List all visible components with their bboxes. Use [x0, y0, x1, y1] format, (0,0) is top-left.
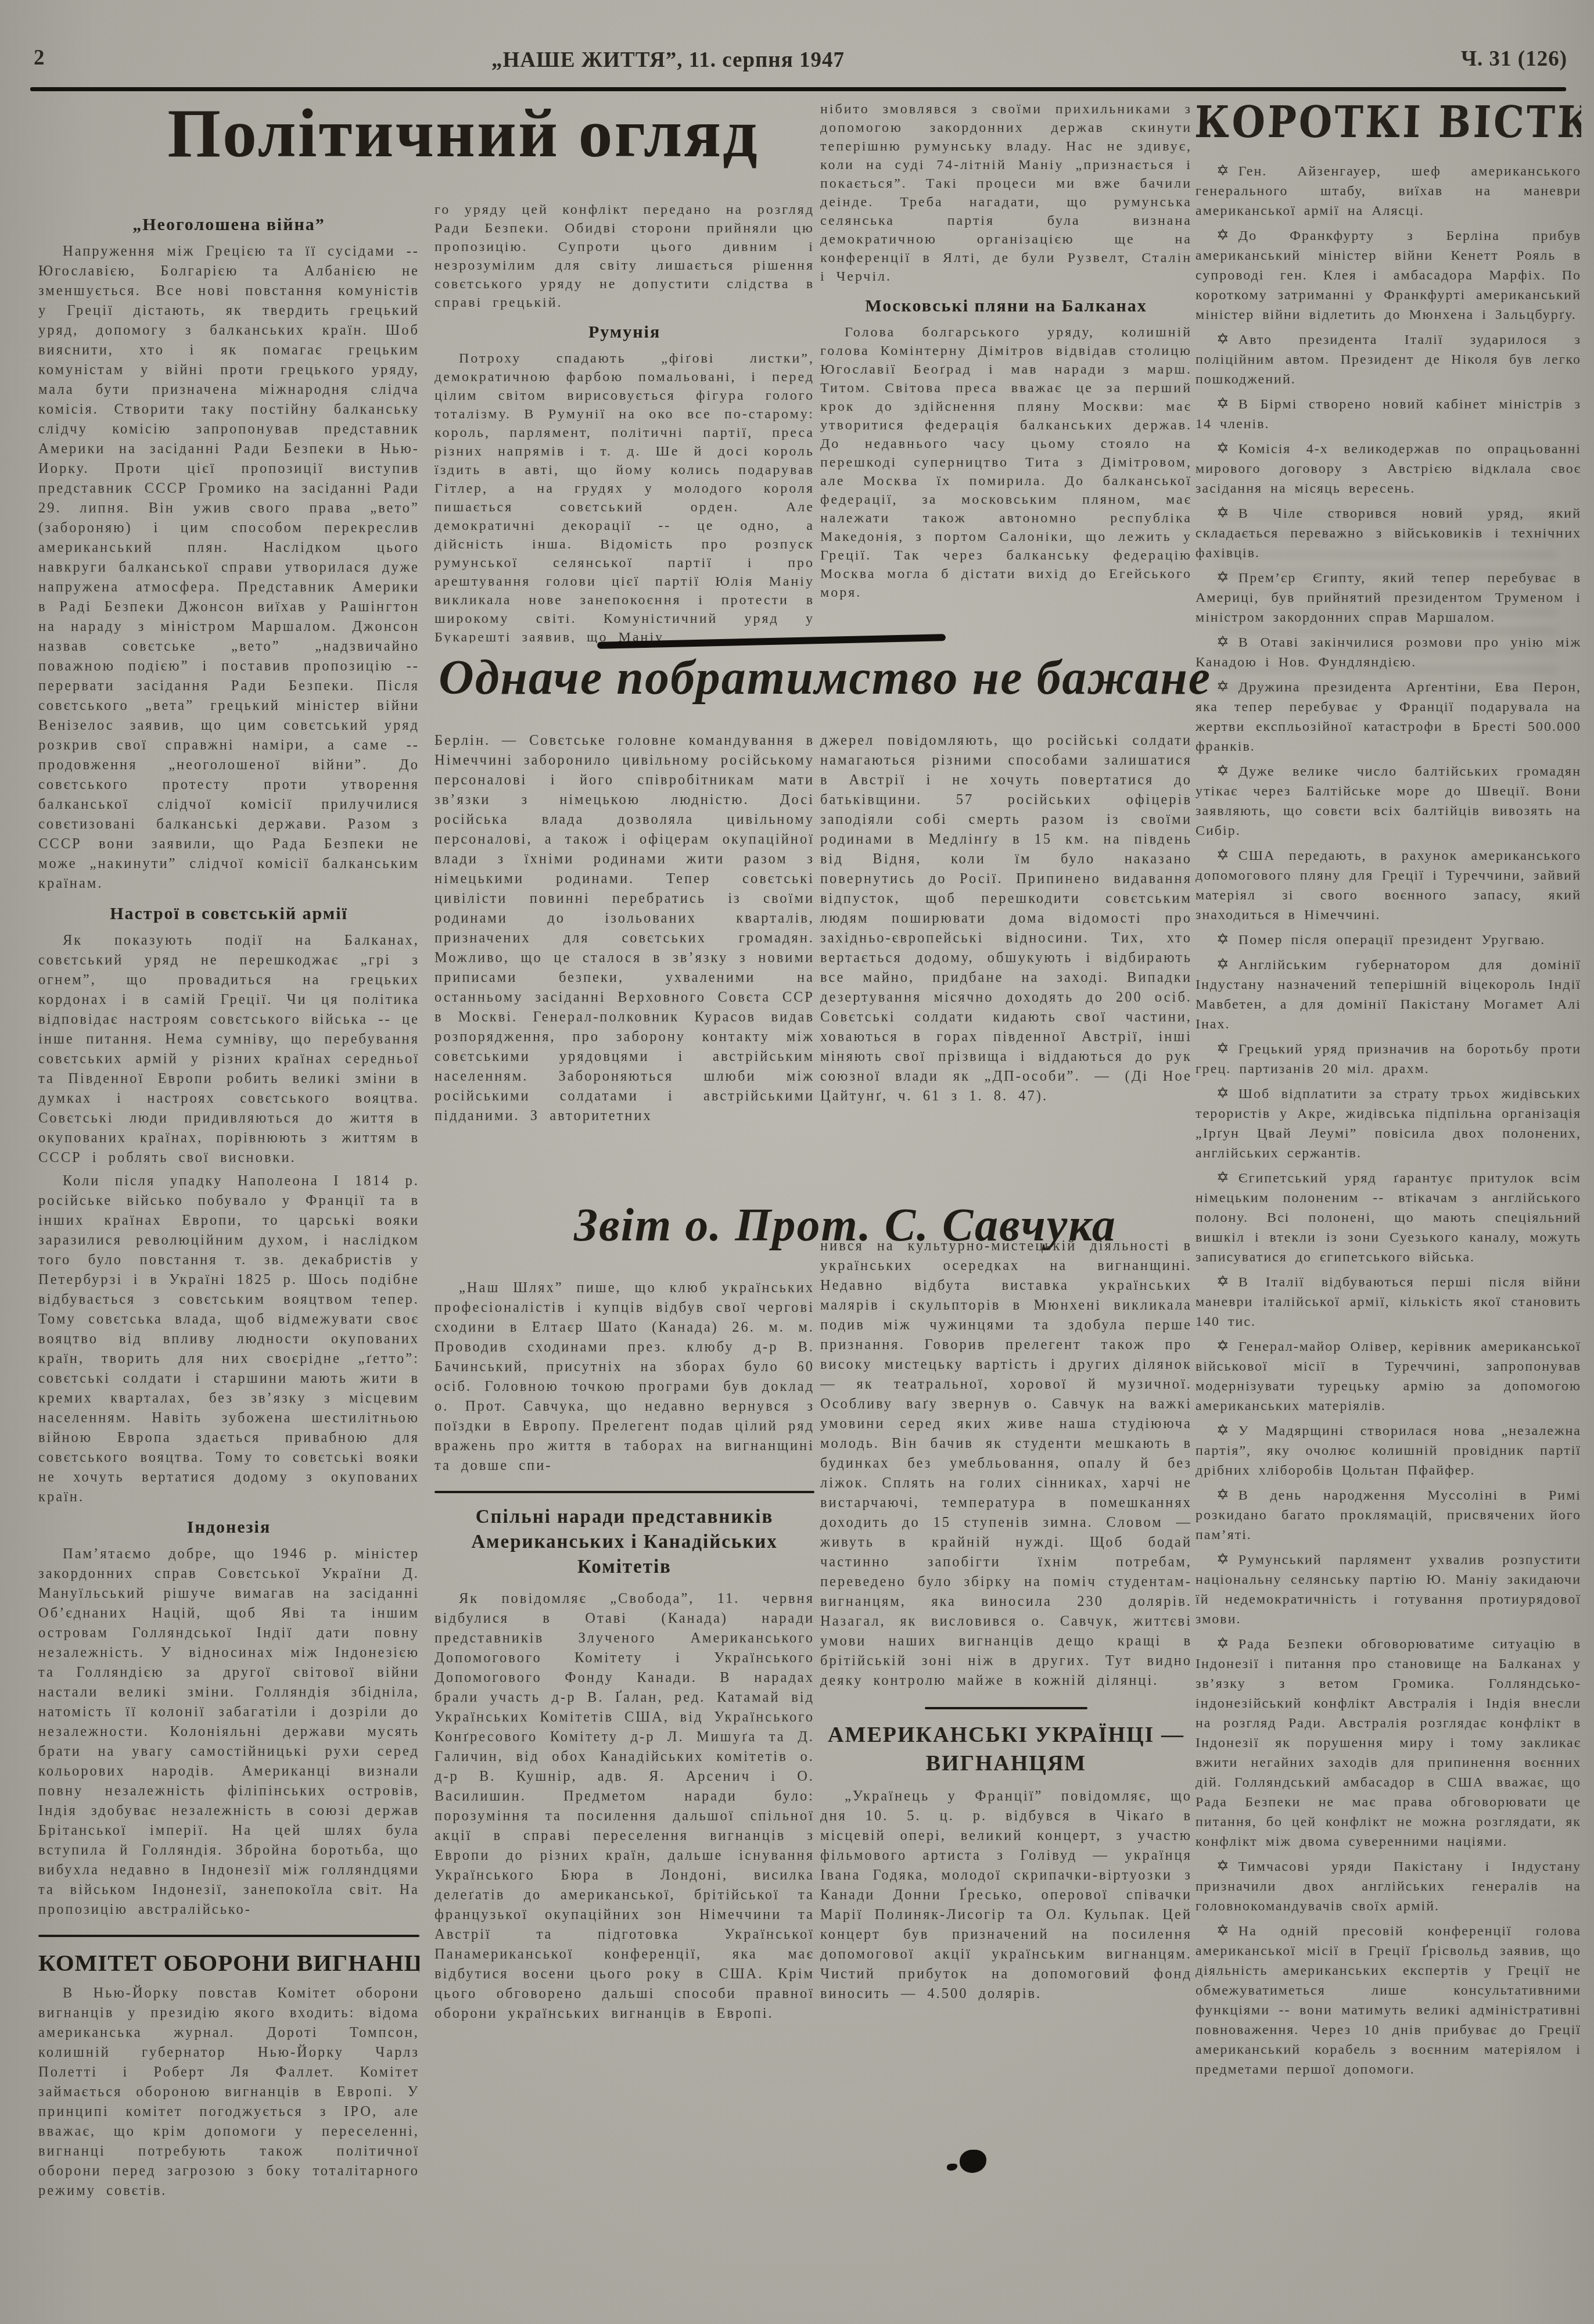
news-item: ✡Комісія 4-х великодержав по опрацьованн… [1195, 439, 1581, 498]
news-item: ✡Шоб відплатити за страту трьох жидівськ… [1195, 1084, 1581, 1163]
star-bullet-icon: ✡ [1216, 1040, 1230, 1057]
news-item: ✡В Бірмі створено новий кабінет міністрі… [1195, 394, 1581, 434]
zvit-column-left: „Наш Шлях” пише, що клюб українських про… [435, 1278, 814, 2298]
komitet-article-title: КОМІТЕТ ОБОРОНИ ВИГНАНЦІВ [38, 1949, 419, 1977]
news-item-text: Авто президента Італії зударилося з полі… [1195, 332, 1581, 387]
article-paragraph: В Нью-Йорку повстав Комітет оборони вигн… [38, 1984, 419, 2201]
star-bullet-icon: ✡ [1216, 1085, 1230, 1102]
subhead-romania: Румунія [435, 322, 814, 342]
article-paragraph: Як повідомляє „Свобода”, 11. червня відб… [435, 1589, 814, 2024]
article-paragraph: Потроху спадають „фіґові листки”, демокр… [435, 349, 814, 643]
star-bullet-icon: ✡ [1216, 1922, 1230, 1939]
article-paragraph: Як показують події на Балканах, совєтськ… [38, 931, 419, 1168]
issue-number: Ч. 31 (126) [1461, 46, 1567, 71]
news-item-text: До Франкфурту з Берліна прибув американс… [1195, 228, 1581, 322]
news-item: ✡Англійським губернатором для домінії Ін… [1195, 955, 1581, 1034]
column-2-top: го уряду цей конфлікт передано на розгля… [435, 200, 814, 643]
article-paragraph: Голова болгарського уряду, колишній голо… [820, 323, 1192, 602]
news-item-text: Англійським губернатором для домінії Інд… [1195, 957, 1581, 1032]
news-item: ✡Румунський парлямент ухвалив розпустити… [1195, 1550, 1581, 1629]
news-item: ✡На одній пресовій конференції голова ам… [1195, 1921, 1581, 2079]
news-item: ✡Рада Безпеки обговорюватиме ситуацію в … [1195, 1634, 1581, 1852]
news-item-text: Рада Безпеки обговорюватиме ситуацію в І… [1195, 1637, 1581, 1849]
subhead-soviet-army-moods: Настрої в совєтській армії [38, 904, 419, 924]
news-item: ✡Ген. Айзенгауер, шеф американського ген… [1195, 161, 1581, 221]
page-number: 2 [34, 45, 45, 70]
star-bullet-icon: ✡ [1216, 1169, 1230, 1186]
star-bullet-icon: ✡ [1216, 395, 1230, 413]
odnache-column-right: джерел повідомляють, що російські солдат… [820, 731, 1192, 1196]
masthead: „НАШЕ ЖИТТЯ”, 11. серпня 1947 [378, 48, 958, 73]
article-paragraph: „Українець у Франції” повідомляє, що дня… [820, 1787, 1192, 2004]
news-item-text: Помер після операції президент Уругваю. [1238, 933, 1546, 948]
article-paragraph-continuation: джерел повідомляють, що російські солдат… [820, 731, 1192, 1106]
article-paragraph: Пам’ятаємо добре, що 1946 р. міністер за… [38, 1544, 419, 1920]
article-paragraph: Коли після упадку Наполеона І 1814 р. ро… [38, 1171, 419, 1507]
section-rule [38, 1935, 419, 1937]
short-news-title: КОРОТКІ ВІСТКИ [1195, 96, 1581, 148]
news-item-text: Дуже велике число балтійських громадян у… [1195, 764, 1581, 838]
star-bullet-icon: ✡ [1216, 162, 1230, 180]
news-item-text: Ген. Айзенгауер, шеф американського гене… [1195, 164, 1581, 218]
lead-article-title: Політичний огляд [119, 94, 807, 173]
spilni-article-title: Спільні наради представників Американськ… [452, 1505, 797, 1580]
news-item: ✡У Мадярщині створилася нова „незалежна … [1195, 1421, 1581, 1480]
newspaper-page: 2 „НАШЕ ЖИТТЯ”, 11. серпня 1947 Ч. 31 (1… [0, 0, 1594, 2324]
odnache-column-left: Берлін. — Совєтське головне командування… [435, 731, 814, 1196]
star-bullet-icon: ✡ [1216, 1635, 1230, 1652]
header-rule [30, 87, 1566, 91]
news-item: ✡США передають, в рахунок американського… [1195, 845, 1581, 925]
news-item: ✡Генерал-майор Олівер, керівник американ… [1195, 1336, 1581, 1416]
star-bullet-icon: ✡ [1216, 227, 1230, 244]
news-item: ✡Помер після операції президент Уругваю. [1195, 930, 1581, 950]
star-bullet-icon: ✡ [1216, 956, 1230, 973]
section-rule [925, 1707, 1087, 1709]
news-item-text: На одній пресовій конференції голова аме… [1195, 1924, 1581, 2077]
subhead-moscow-balkan-plans: Московські пляни на Балканах [820, 296, 1192, 316]
article-paragraph: Берлін. — Совєтське головне командування… [435, 731, 814, 1126]
news-item-text: Грецький уряд призначив на боротьбу прот… [1195, 1042, 1581, 1077]
zvit-column-right: нився на культурно-мистецькій діяльності… [820, 1236, 1192, 2300]
amer-article-title: АМЕРИКАНСЬКІ УКРАЇНЦІ — ВИГНАНЦЯМ [820, 1721, 1192, 1778]
news-item-text: У Мадярщині створилася нова „незалежна п… [1195, 1423, 1581, 1478]
subhead-indonesia: Індонезія [38, 1518, 419, 1537]
article-paragraph-continuation: нібито змовлявся з своїми прихильниками … [820, 100, 1192, 286]
ink-bleedthrough [1217, 501, 1557, 693]
short-news-column: КОРОТКІ ВІСТКИ ✡Ген. Айзенгауер, шеф аме… [1195, 96, 1581, 2307]
star-bullet-icon: ✡ [1216, 440, 1230, 457]
news-item-text: Тимчасові уряди Пакістану і Індустану пр… [1195, 1859, 1581, 1914]
news-item-text: Шоб відплатити за страту трьох жидівськи… [1195, 1086, 1581, 1161]
subhead-undeclared-war: „Неоголошена війна” [38, 215, 419, 235]
odnache-article-title: Одначе побратимство не бажане [439, 650, 1191, 706]
news-item: ✡Єгипетський уряд ґарантує притулок всім… [1195, 1168, 1581, 1267]
article-paragraph: „Наш Шлях” пише, що клюб українських про… [435, 1278, 814, 1476]
news-item-text: Єгипетський уряд ґарантує притулок всім … [1195, 1171, 1581, 1265]
short-news-list: ✡Ген. Айзенгауер, шеф американського ген… [1195, 161, 1581, 2079]
column-1: „Неоголошена війна” Напруження між Греці… [38, 205, 419, 2296]
section-rule [435, 1491, 814, 1493]
news-item: ✡Тимчасові уряди Пакістану і Індустану п… [1195, 1856, 1581, 1916]
news-item-text: В день народження Муссоліні в Римі розки… [1195, 1488, 1581, 1543]
star-bullet-icon: ✡ [1216, 1551, 1230, 1568]
article-paragraph-continuation: го уряду цей конфлікт передано на розгля… [435, 200, 814, 312]
article-paragraph-continuation: нився на культурно-мистецькій діяльності… [820, 1236, 1192, 1691]
star-bullet-icon: ✡ [1216, 762, 1230, 780]
news-item: ✡Грецький уряд призначив на боротьбу про… [1195, 1039, 1581, 1079]
news-item-text: В Бірмі створено новий кабінет міністрів… [1195, 397, 1581, 432]
news-item-text: США передають, в рахунок американського … [1195, 848, 1581, 923]
news-item: ✡В Італії відбуваються перші після війни… [1195, 1272, 1581, 1332]
news-item: ✡До Франкфурту з Берліна прибув американ… [1195, 225, 1581, 325]
star-bullet-icon: ✡ [1216, 1857, 1230, 1875]
column-3-top: нібито змовлявся з своїми прихильниками … [820, 100, 1192, 640]
star-bullet-icon: ✡ [1216, 1337, 1230, 1355]
star-bullet-icon: ✡ [1216, 931, 1230, 948]
article-paragraph: Напруження між Грецією та її сусідами --… [38, 242, 419, 894]
news-item-text: Генерал-майор Олівер, керівник американс… [1195, 1339, 1581, 1414]
star-bullet-icon: ✡ [1216, 331, 1230, 348]
star-bullet-icon: ✡ [1216, 847, 1230, 864]
news-item: ✡Авто президента Італії зударилося з пол… [1195, 329, 1581, 389]
news-item: ✡В день народження Муссоліні в Римі розк… [1195, 1485, 1581, 1545]
star-bullet-icon: ✡ [1216, 1422, 1230, 1439]
news-item: ✡Дуже велике число балтійських громадян … [1195, 761, 1581, 841]
news-item-text: Румунський парлямент ухвалив розпустити … [1195, 1552, 1581, 1627]
star-bullet-icon: ✡ [1216, 1273, 1230, 1290]
news-item-text: В Італії відбуваються перші після війни … [1195, 1275, 1581, 1329]
news-item-text: Комісія 4-х великодержав по опрацьованні… [1195, 442, 1581, 496]
star-bullet-icon: ✡ [1216, 1486, 1230, 1504]
